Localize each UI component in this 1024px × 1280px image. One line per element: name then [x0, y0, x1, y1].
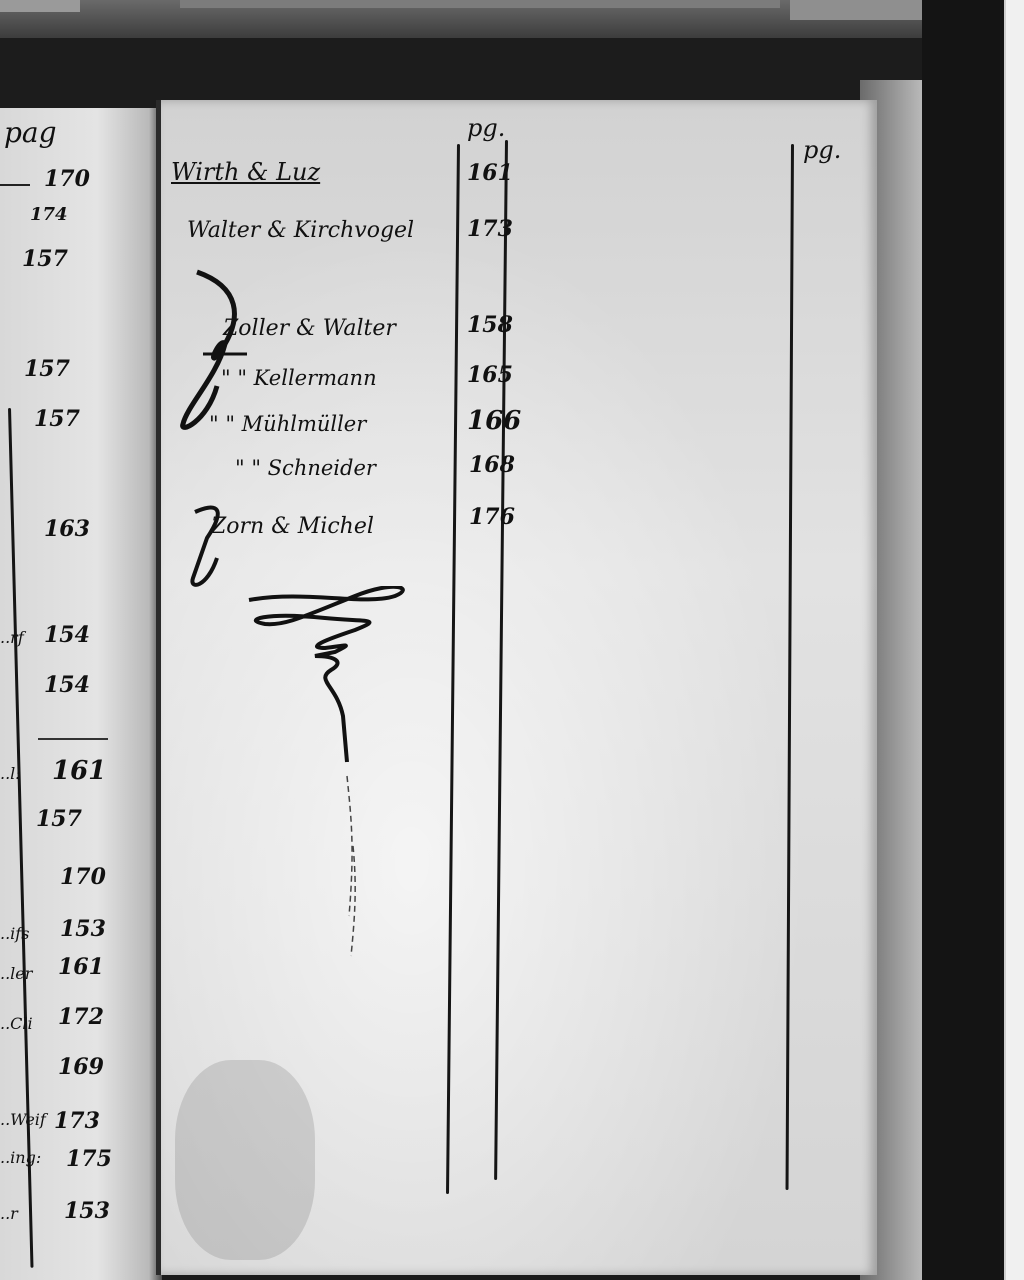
page-number: 169	[58, 1054, 104, 1080]
page-number: 174	[30, 204, 68, 225]
name-fragment: ..Cli	[0, 1014, 33, 1033]
index-entry-name: " " Schneider	[235, 456, 376, 480]
binding-shadow	[0, 38, 930, 108]
end-flourish-icon	[245, 586, 415, 976]
edge-highlight	[0, 0, 80, 12]
index-entry-page: 166	[467, 406, 521, 436]
rule	[38, 738, 108, 740]
index-entry-name: Zoller & Walter	[223, 316, 396, 341]
index-entry-name: " " Kellermann	[221, 366, 377, 390]
page-number: 161	[58, 954, 104, 980]
column-rule	[8, 408, 34, 1268]
column-header-page-2: pg.	[803, 136, 841, 164]
index-entry-page: 173	[467, 216, 513, 242]
name-fragment: ..rf	[0, 628, 24, 647]
column-rule	[494, 140, 508, 1180]
page-number: 154	[44, 672, 90, 698]
page-number: 153	[60, 916, 106, 942]
page-number: 153	[64, 1198, 110, 1224]
section-initial-z-icon	[187, 498, 247, 594]
page-number: 173	[54, 1108, 100, 1134]
left-page: pag 170 174 157 157 157 163 154 154 161 …	[0, 108, 162, 1280]
column-rule	[446, 144, 460, 1194]
name-fragment: ..l:	[0, 764, 21, 783]
index-entry-name: " " Mühlmüller	[209, 412, 366, 436]
index-entry-page: 158	[467, 312, 513, 338]
page-header: pag	[4, 116, 57, 149]
name-fragment: ..ler	[0, 964, 32, 983]
page-number: 157	[22, 246, 68, 272]
column-rule	[786, 144, 794, 1190]
index-entry-page: 161	[467, 160, 513, 186]
page-number: 172	[58, 1004, 104, 1030]
right-page: pg. pg. Wirth & Luz 161 Walter & Kirchvo…	[156, 100, 877, 1275]
index-entry-name: Wirth & Luz	[171, 158, 320, 186]
name-fragment: ..ing:	[0, 1148, 41, 1167]
water-stain	[175, 1060, 315, 1260]
scanned-photo: pag 170 174 157 157 157 163 154 154 161 …	[0, 0, 1024, 1280]
page-number: 163	[44, 516, 90, 542]
name-fragment: ..ifs	[0, 924, 29, 943]
column-header-page: pg.	[467, 114, 505, 142]
section-initial-z-icon	[177, 266, 247, 436]
right-strip	[1006, 0, 1024, 1280]
top-edge	[0, 0, 930, 40]
page-number: 170	[60, 864, 106, 890]
page-number: 154	[44, 622, 90, 648]
page-number: 157	[34, 406, 80, 432]
page-number: 161	[52, 756, 106, 786]
index-entry-page: 168	[469, 452, 515, 478]
page-number: 175	[66, 1146, 112, 1172]
page-number: 170	[44, 166, 90, 192]
name-fragment: ..r	[0, 1204, 18, 1223]
index-entry-name: Zorn & Michel	[211, 514, 374, 539]
edge-highlight	[180, 0, 780, 8]
name-fragment: ..Weif	[0, 1110, 46, 1129]
page-number: 157	[24, 356, 70, 382]
rule	[0, 184, 30, 186]
index-entry-page: 165	[467, 362, 513, 388]
edge-highlight	[790, 0, 930, 20]
page-number: 157	[36, 806, 82, 832]
index-entry-page: 176	[469, 504, 515, 530]
index-entry-name: Walter & Kirchvogel	[187, 218, 414, 243]
